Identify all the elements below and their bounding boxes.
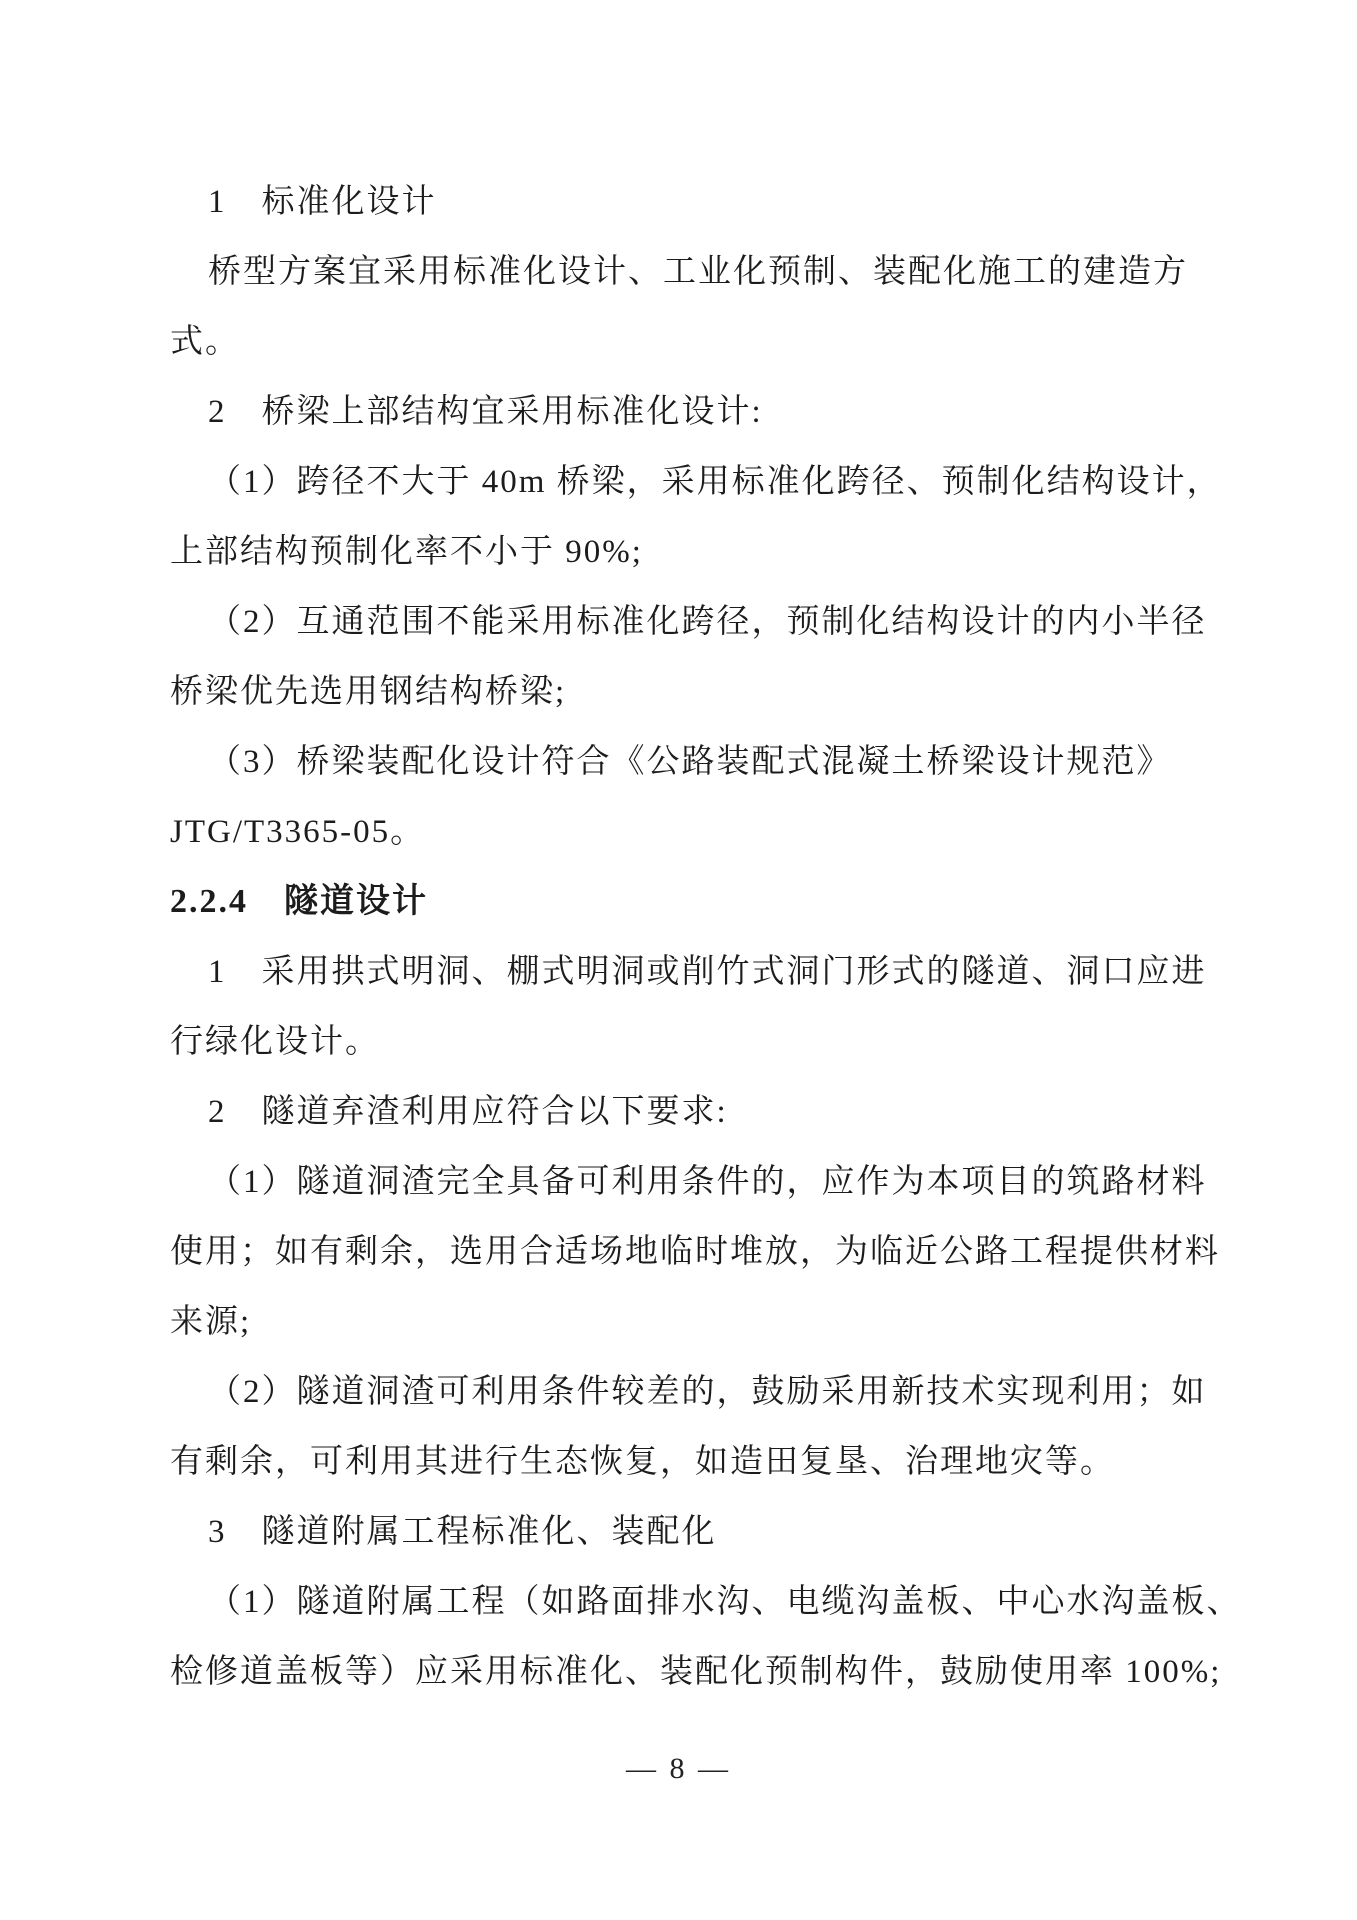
text-line-continuation: 检修道盖板等）应采用标准化、装配化预制构件，鼓励使用率 100%; (170, 1637, 1210, 1707)
text-line-item-2-superstructure: 2 桥梁上部结构宜采用标准化设计: (170, 377, 1210, 447)
page-number: — 8 — (0, 1752, 1357, 1786)
text-line-item-1-bridge-std: 1 标准化设计 (170, 167, 1210, 237)
text-line-continuation: 行绿化设计。 (170, 1007, 1210, 1077)
text-line-standard-ref: JTG/T3365-05。 (170, 797, 1210, 867)
text-line-subitem-1: （1）跨径不大于 40m 桥梁，采用标准化跨径、预制化结构设计， (170, 447, 1210, 517)
text-line-subitem-2: （2）隧道洞渣可利用条件较差的，鼓励采用新技术实现利用；如 (170, 1357, 1210, 1427)
text-line-continuation: 来源; (170, 1287, 1210, 1357)
text-line-item-1-tunnel-portal: 1 采用拱式明洞、棚式明洞或削竹式洞门形式的隧道、洞口应进 (170, 937, 1210, 1007)
document-page-body: 1 标准化设计 桥型方案宜采用标准化设计、工业化预制、装配化施工的建造方 式。 … (170, 167, 1210, 1707)
text-line-item-3-accessory: 3 隧道附属工程标准化、装配化 (170, 1497, 1210, 1567)
text-line-item-2-spoil-use: 2 隧道弃渣利用应符合以下要求: (170, 1077, 1210, 1147)
text-line-subitem-1: （1）隧道附属工程（如路面排水沟、电缆沟盖板、中心水沟盖板、 (170, 1567, 1210, 1637)
text-line-subitem-2: （2）互通范围不能采用标准化跨径，预制化结构设计的内小半径 (170, 587, 1210, 657)
text-line-continuation: 上部结构预制化率不小于 90%; (170, 517, 1210, 587)
text-line-continuation: 桥梁优先选用钢结构桥梁; (170, 657, 1210, 727)
text-line-continuation: 使用；如有剩余，选用合适场地临时堆放，为临近公路工程提供材料 (170, 1217, 1210, 1287)
text-line-continuation: 有剩余，可利用其进行生态恢复，如造田复垦、治理地灾等。 (170, 1427, 1210, 1497)
section-heading-tunnel-design: 2.2.4 隧道设计 (170, 867, 1210, 937)
text-line-subitem-1: （1）隧道洞渣完全具备可利用条件的，应作为本项目的筑路材料 (170, 1147, 1210, 1217)
text-line-continuation: 式。 (170, 307, 1210, 377)
text-line-subitem-3: （3）桥梁装配化设计符合《公路装配式混凝土桥梁设计规范》 (170, 727, 1210, 797)
text-line-paragraph: 桥型方案宜采用标准化设计、工业化预制、装配化施工的建造方 (170, 237, 1210, 307)
